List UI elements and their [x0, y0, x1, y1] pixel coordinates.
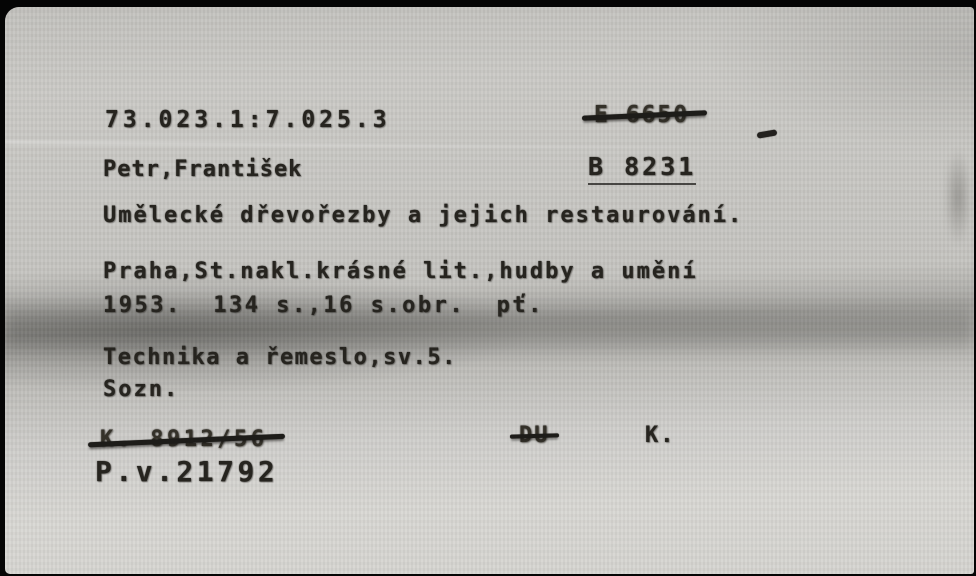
classification-number: 73.023.1:7.025.3 — [105, 107, 391, 133]
list-note: Sozn. — [103, 377, 179, 402]
imprint-line: Praha,St.nakl.krásné lit.,hudby a umění — [103, 259, 698, 284]
cancelled-location-mark: DU — [519, 423, 550, 448]
cancelled-call-number: E 6650 — [594, 102, 689, 128]
card-surface: 73.023.1:7.025.3 Petr,František E 6650 B… — [5, 7, 974, 574]
call-number: B 8231 — [588, 152, 696, 185]
collation-line: 1953. 134 s.,16 s.obr. pť. — [103, 293, 544, 318]
series-note: Technika a řemeslo,sv.5. — [103, 345, 457, 370]
title: Umělecké dřevořezby a jejich restaurován… — [103, 203, 743, 228]
inventory-number: P.v.21792 — [95, 455, 278, 488]
cancelled-accession-number: K. 8912/56 — [100, 427, 267, 452]
initial-mark: K. — [645, 423, 676, 448]
smudge-mark — [944, 147, 972, 247]
author-name: Petr,František — [103, 157, 302, 182]
paper-texture — [5, 7, 974, 574]
scanned-catalog-card: 73.023.1:7.025.3 Petr,František E 6650 B… — [0, 0, 976, 576]
